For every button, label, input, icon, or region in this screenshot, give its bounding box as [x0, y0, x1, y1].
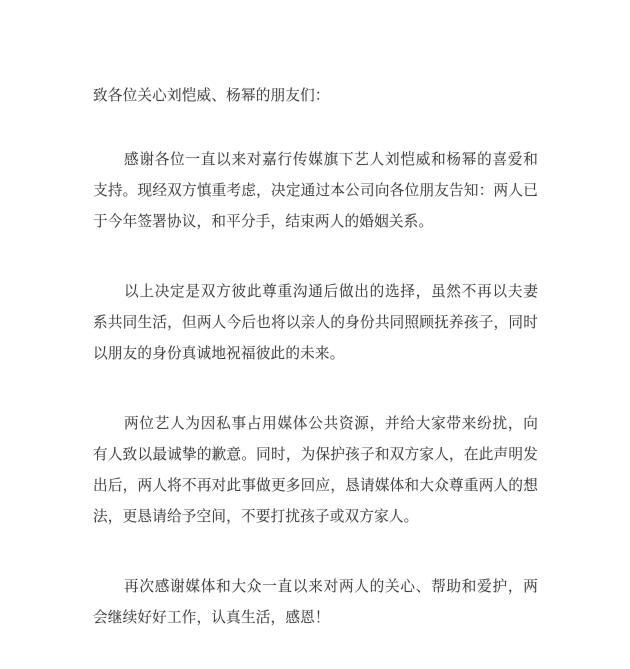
paragraph-thanks-support: 感谢各位一直以来对嘉行传媒旗下艺人刘恺威和杨幂的喜爱和 支持。现经双方慎重考虑，… [93, 144, 538, 237]
text-line: 法，更恳请给予空间，不要打扰孩子或双方家人。 [93, 501, 538, 532]
paragraph-decision: 以上决定是双方彼此尊重沟通后做出的选择，虽然不再以夫妻关 系共同生活，但两人今后… [93, 276, 538, 369]
text-line: 再次感谢媒体和大众一直以来对两人的关心、帮助和爱护，两人 [93, 571, 538, 602]
text-line: 以朋友的身份真诚地祝福彼此的未来。 [93, 338, 538, 369]
paragraph-closing: 再次感谢媒体和大众一直以来对两人的关心、帮助和爱护，两人 会继续好好工作，认真生… [93, 571, 538, 633]
text-line: 系共同生活，但两人今后也将以亲人的身份共同照顾抚养孩子，同时 [93, 307, 538, 338]
text-line: 以上决定是双方彼此尊重沟通后做出的选择，虽然不再以夫妻关 [93, 276, 538, 307]
paragraph-apology: 两位艺人为因私事占用媒体公共资源，并给大家带来纷扰，向所 有人致以最诚挚的歉意。… [93, 408, 538, 532]
salutation-line: 致各位关心刘恺威、杨幂的朋友们： [93, 80, 538, 111]
announcement-letter: 致各位关心刘恺威、杨幂的朋友们： 感谢各位一直以来对嘉行传媒旗下艺人刘恺威和杨幂… [93, 80, 538, 633]
text-line: 支持。现经双方慎重考虑，决定通过本公司向各位朋友告知：两人已 [93, 175, 538, 206]
text-line: 会继续好好工作，认真生活，感恩！ [93, 602, 538, 633]
text-line: 感谢各位一直以来对嘉行传媒旗下艺人刘恺威和杨幂的喜爱和 [93, 144, 538, 175]
text-line: 两位艺人为因私事占用媒体公共资源，并给大家带来纷扰，向所 [93, 408, 538, 439]
text-line: 出后，两人将不再对此事做更多回应，恳请媒体和大众尊重两人的想 [93, 470, 538, 501]
page: { "document": { "kind": "announcement-le… [0, 0, 630, 669]
text-line: 有人致以最诚挚的歉意。同时，为保护孩子和双方家人，在此声明发 [93, 439, 538, 470]
text-line: 于今年签署协议，和平分手，结束两人的婚姻关系。 [93, 206, 538, 237]
